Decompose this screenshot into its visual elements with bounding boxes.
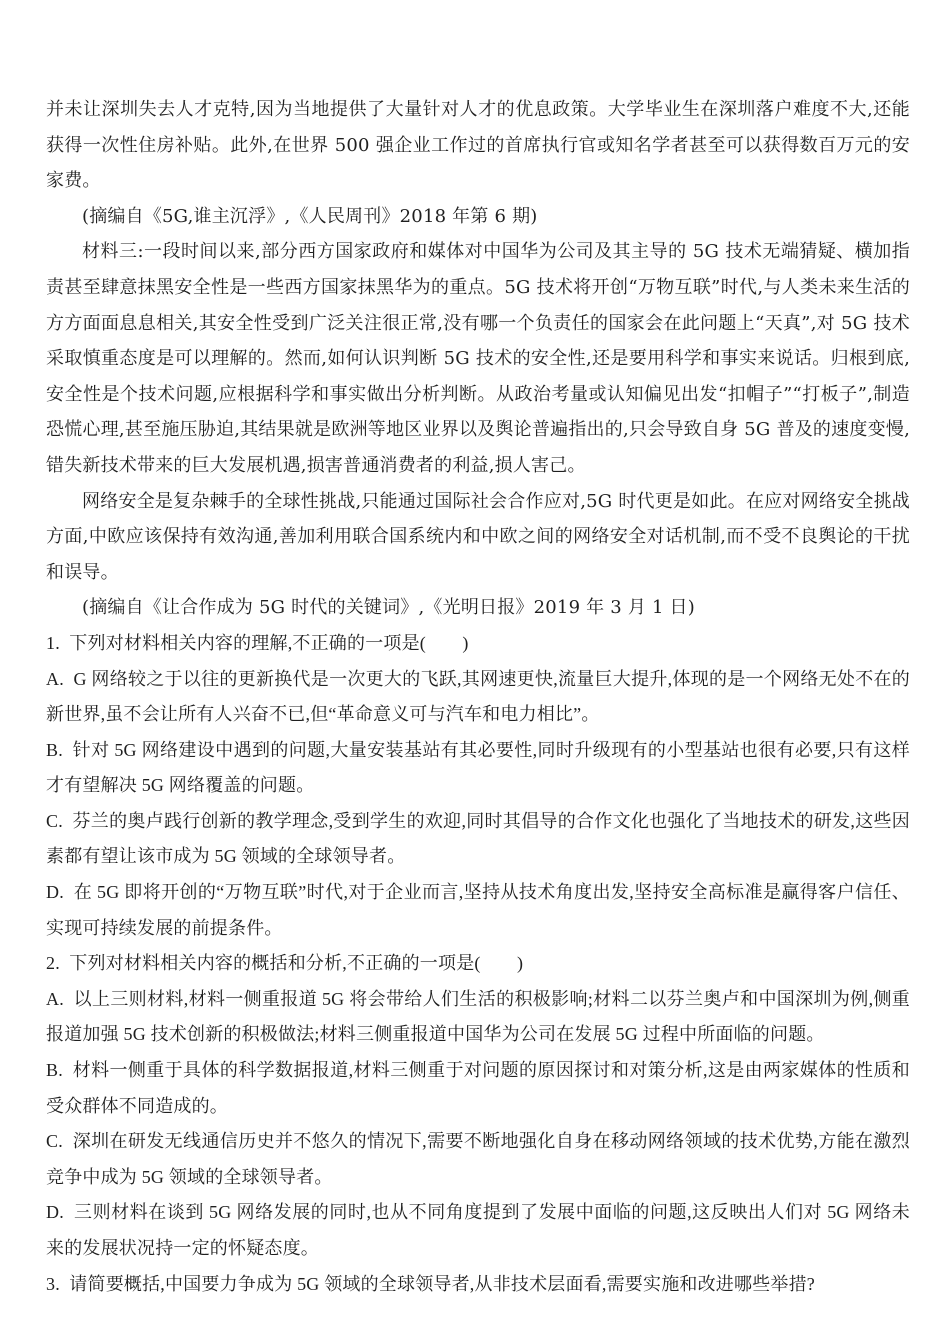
document-page: 并未让深圳失去人才克特,因为当地提供了大量针对人才的优息政策。大学毕业生在深圳落… <box>0 0 950 1344</box>
source-citation-material-three: (摘编自《让合作成为 5G 时代的关键词》,《光明日报》2019 年 3 月 1… <box>46 590 910 626</box>
question-2-option-b: B. 材料一侧重于具体的科学数据报道,材料三侧重于对问题的原因探讨和对策分析,这… <box>46 1053 910 1124</box>
question-1-stem: 1. 下列对材料相关内容的理解,不正确的一项是( ) <box>46 626 910 662</box>
question-1-option-b: B. 针对 5G 网络建设中遇到的问题,大量安装基站有其必要性,同时升级现有的小… <box>46 733 910 804</box>
question-1-option-a: A. G 网络较之于以往的更新换代是一次更大的飞跃,其网速更快,流量巨大提升,体… <box>46 662 910 733</box>
question-1-option-d: D. 在 5G 即将开创的“万物互联”时代,对于企业而言,坚持从技术角度出发,坚… <box>46 875 910 946</box>
question-2-option-d: D. 三则材料在谈到 5G 网络发展的同时,也从不同角度提到了发展中面临的问题,… <box>46 1195 910 1266</box>
document-body: 并未让深圳失去人才克特,因为当地提供了大量针对人才的优息政策。大学毕业生在深圳落… <box>46 92 910 1302</box>
question-2-option-c: C. 深圳在研发无线通信历史并不悠久的情况下,需要不断地强化自身在移动网络领域的… <box>46 1124 910 1195</box>
material-three-paragraph: 材料三:一段时间以来,部分西方国家政府和媒体对中国华为公司及其主导的 5G 技术… <box>46 234 910 483</box>
source-citation-material-two: (摘编自《5G,谁主沉浮》,《人民周刊》2018 年第 6 期) <box>46 199 910 235</box>
material-three-network-security-paragraph: 网络安全是复杂棘手的全球性挑战,只能通过国际社会合作应对,5G 时代更是如此。在… <box>46 484 910 591</box>
question-1-option-c: C. 芬兰的奥卢践行创新的教学理念,受到学生的欢迎,同时其倡导的合作文化也强化了… <box>46 804 910 875</box>
material-two-tail-paragraph: 并未让深圳失去人才克特,因为当地提供了大量针对人才的优息政策。大学毕业生在深圳落… <box>46 92 910 199</box>
question-2-option-a: A. 以上三则材料,材料一侧重报道 5G 将会带给人们生活的积极影响;材料二以芬… <box>46 982 910 1053</box>
question-3-stem: 3. 请简要概括,中国要力争成为 5G 领域的全球领导者,从非技术层面看,需要实… <box>46 1267 910 1303</box>
question-2-stem: 2. 下列对材料相关内容的概括和分析,不正确的一项是( ) <box>46 946 910 982</box>
